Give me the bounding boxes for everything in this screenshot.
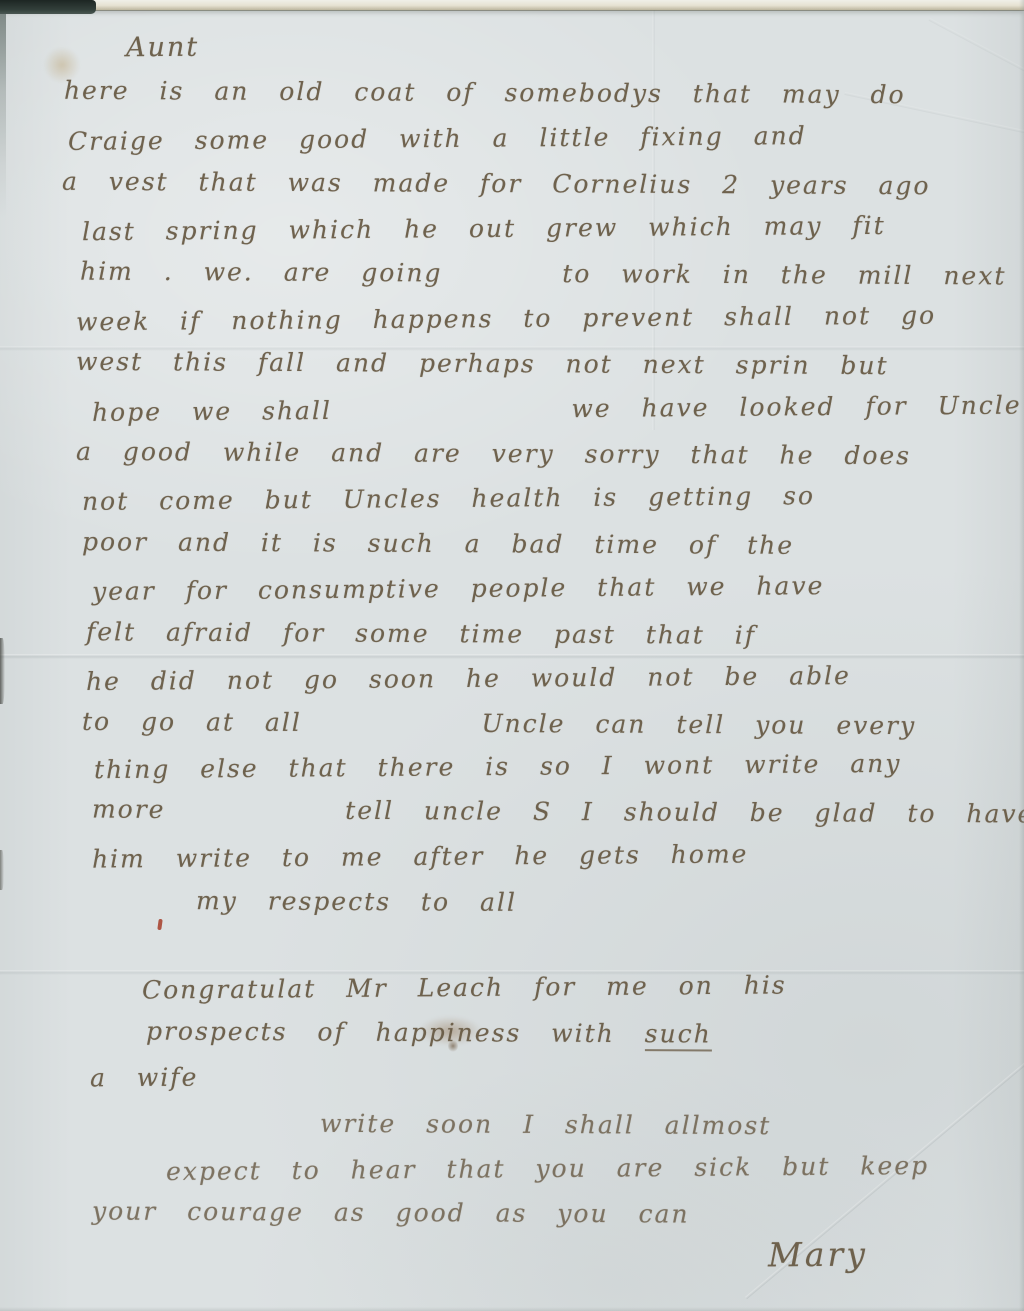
- letter-line: a vest that was made for Cornelius 2 yea…: [62, 169, 931, 199]
- scanner-corner-dark: [0, 0, 96, 14]
- letter-line: west this fall and perhaps not next spri…: [76, 349, 889, 378]
- letter-line: he did not go soon he would not be able: [86, 663, 851, 694]
- letter-line-congratulation: a wife: [90, 1065, 198, 1091]
- letter-line: last spring which he out grew which may …: [82, 213, 886, 244]
- letter-line: Craige some good with a little fixing an…: [68, 123, 807, 154]
- letter-salutation: Aunt: [126, 34, 199, 62]
- letter-line-closing: your courage as good as you can: [92, 1198, 690, 1226]
- letter-line: year for consumptive people that we have: [92, 573, 825, 604]
- letter-line: more tell uncle S I should be glad to ha…: [92, 797, 1024, 827]
- scanner-edge-top: [0, 0, 1024, 10]
- letter-body: Aunt here is an old coat of somebodys th…: [0, 0, 1024, 1311]
- letter-line: hope we shall we have looked for Uncle S: [92, 392, 1024, 425]
- letter-line-closing: write soon I shall allmost: [320, 1111, 771, 1138]
- scanned-letter-page: Aunt here is an old coat of somebodys th…: [0, 0, 1024, 1311]
- letter-line: here is an old coat of somebodys that ma…: [64, 78, 906, 107]
- underlined-word: such: [645, 1019, 712, 1051]
- letter-line: poor and it is such a bad time of the: [82, 529, 794, 558]
- paper-edge-left: [0, 8, 6, 218]
- letter-line-congratulation: Congratulat Mr Leach for me on his: [142, 972, 787, 1002]
- paper-edge-shadow: [0, 850, 4, 890]
- letter-line: felt afraid for some time past that if: [86, 619, 756, 648]
- paper-edge-bottom: [0, 1307, 1024, 1311]
- letter-line: to go at all Uncle can tell you every: [82, 709, 916, 738]
- letter-line: a good while and are very sorry that he …: [76, 439, 911, 468]
- letter-line: him . we. are going to work in the mill …: [80, 259, 1007, 289]
- letter-line: not come but Uncles health is getting so: [82, 483, 815, 514]
- paper-edge-shadow: [0, 638, 5, 704]
- congratulation-text: prospects of happiness with: [146, 1017, 645, 1049]
- letter-line-closing: expect to hear that you are sick but kee…: [166, 1153, 929, 1184]
- paper-edge-right: [1019, 0, 1024, 1311]
- letter-line-congratulation: prospects of happiness with such: [146, 1019, 712, 1047]
- letter-line: thing else that there is so I wont write…: [94, 751, 902, 782]
- letter-line: week if nothing happens to prevent shall…: [76, 303, 936, 335]
- letter-signature: Mary: [768, 1238, 868, 1272]
- letter-line: him write to me after he gets home: [92, 841, 749, 871]
- letter-line-respects: my respects to all: [196, 888, 517, 915]
